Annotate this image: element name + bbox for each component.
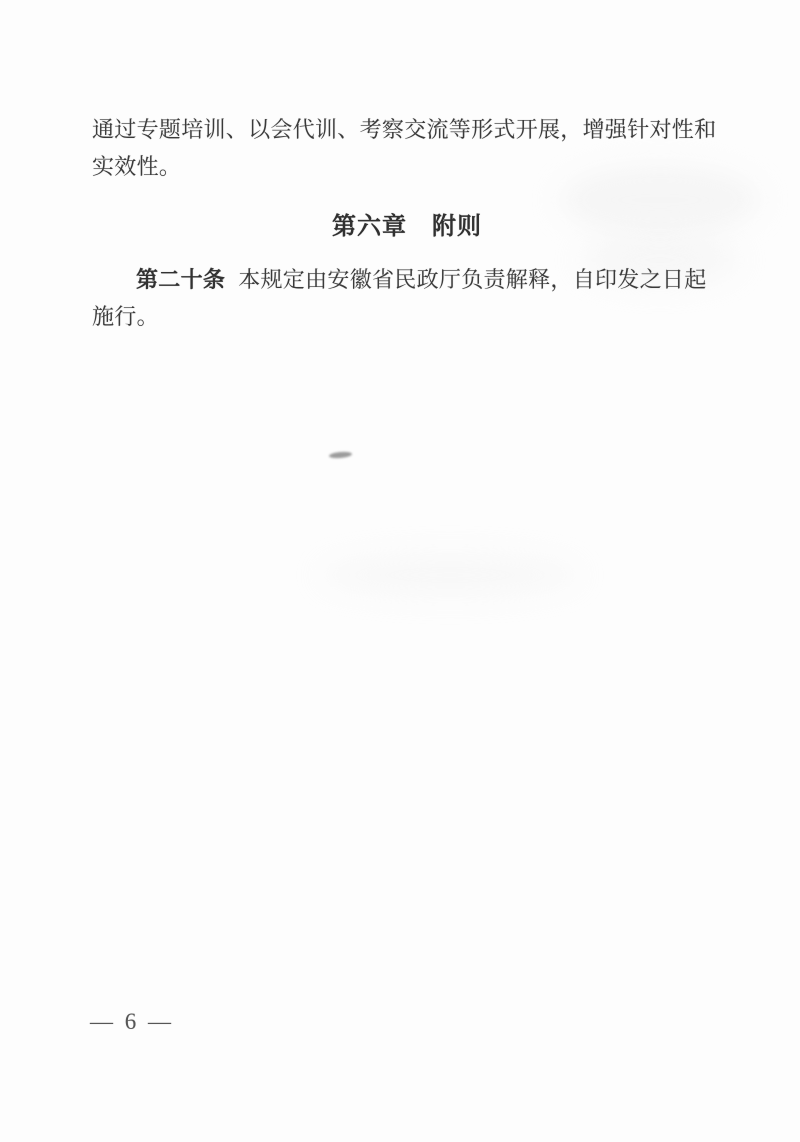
body-paragraph-continuation: 通过专题培训、以会代训、考察交流等形式开展，增强针对性和 实效性。 bbox=[92, 111, 716, 185]
article-paragraph: 第二十条本规定由安徽省民政厅负责解释，自印发之日起 施行。 bbox=[92, 261, 707, 335]
paragraph-line: 通过专题培训、以会代训、考察交流等形式开展，增强针对性和 bbox=[92, 111, 716, 148]
article-number: 第二十条 bbox=[136, 267, 225, 292]
page-number: — 6 — bbox=[90, 1005, 174, 1039]
ink-smudge bbox=[329, 451, 352, 459]
paragraph-line: 施行。 bbox=[92, 298, 707, 335]
paragraph-line: 第二十条本规定由安徽省民政厅负责解释，自印发之日起 bbox=[92, 261, 707, 298]
paper-stain bbox=[320, 555, 580, 595]
chapter-heading: 第六章 附则 bbox=[7, 209, 800, 246]
scanned-document-page: 通过专题培训、以会代训、考察交流等形式开展，增强针对性和 实效性。 第六章 附则… bbox=[0, 0, 800, 1142]
article-text: 本规定由安徽省民政厅负责解释，自印发之日起 bbox=[238, 267, 706, 292]
paragraph-line: 实效性。 bbox=[92, 148, 716, 185]
